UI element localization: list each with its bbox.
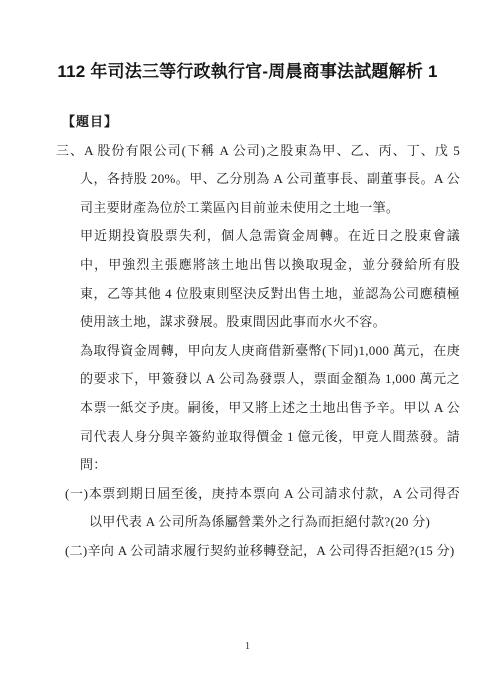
question-paragraph-text: A 股份有限公司(下稱 A 公司)之股東為甲、乙、丙、丁、戊 5 人，各持股 2… — [80, 143, 460, 215]
sub-question: (一)本票到期日屆至後，庚持本票向 A 公司請求付款，A 公司得否以甲代表 A … — [65, 480, 460, 537]
sub-question-marker: (二) — [65, 543, 88, 558]
question-body: 【題目】 三、A 股份有限公司(下稱 A 公司)之股東為甲、乙、丙、丁、戊 5 … — [56, 108, 460, 566]
question-paragraph: 三、A 股份有限公司(下稱 A 公司)之股東為甲、乙、丙、丁、戊 5 人，各持股… — [56, 137, 460, 223]
sub-question-text: 本票到期日屆至後，庚持本票向 A 公司請求付款，A 公司得否以甲代表 A 公司所… — [88, 486, 460, 530]
sub-question-text: 辛向 A 公司請求履行契約並移轉登記，A 公司得否拒絕?(15 分) — [88, 543, 455, 558]
sub-question: (二)辛向 A 公司請求履行契約並移轉登記，A 公司得否拒絕?(15 分) — [65, 537, 460, 566]
section-label: 【題目】 — [62, 108, 460, 137]
sub-question-marker: (一) — [65, 486, 88, 501]
document-page: 112 年司法三等行政執行官-周晨商事法試題解析 1 【題目】 三、A 股份有限… — [0, 0, 495, 700]
question-paragraph: 為取得資金周轉，甲向友人庚商借新臺幣(下同)1,000 萬元，在庚的要求下，甲簽… — [56, 337, 460, 480]
page-number: 1 — [0, 641, 495, 652]
question-paragraph: 甲近期投資股票失利，個人急需資金周轉。在近日之股東會議中，甲強烈主張應將該土地出… — [56, 222, 460, 336]
document-title: 112 年司法三等行政執行官-周晨商事法試題解析 1 — [0, 57, 495, 82]
question-number: 三、 — [56, 143, 84, 158]
